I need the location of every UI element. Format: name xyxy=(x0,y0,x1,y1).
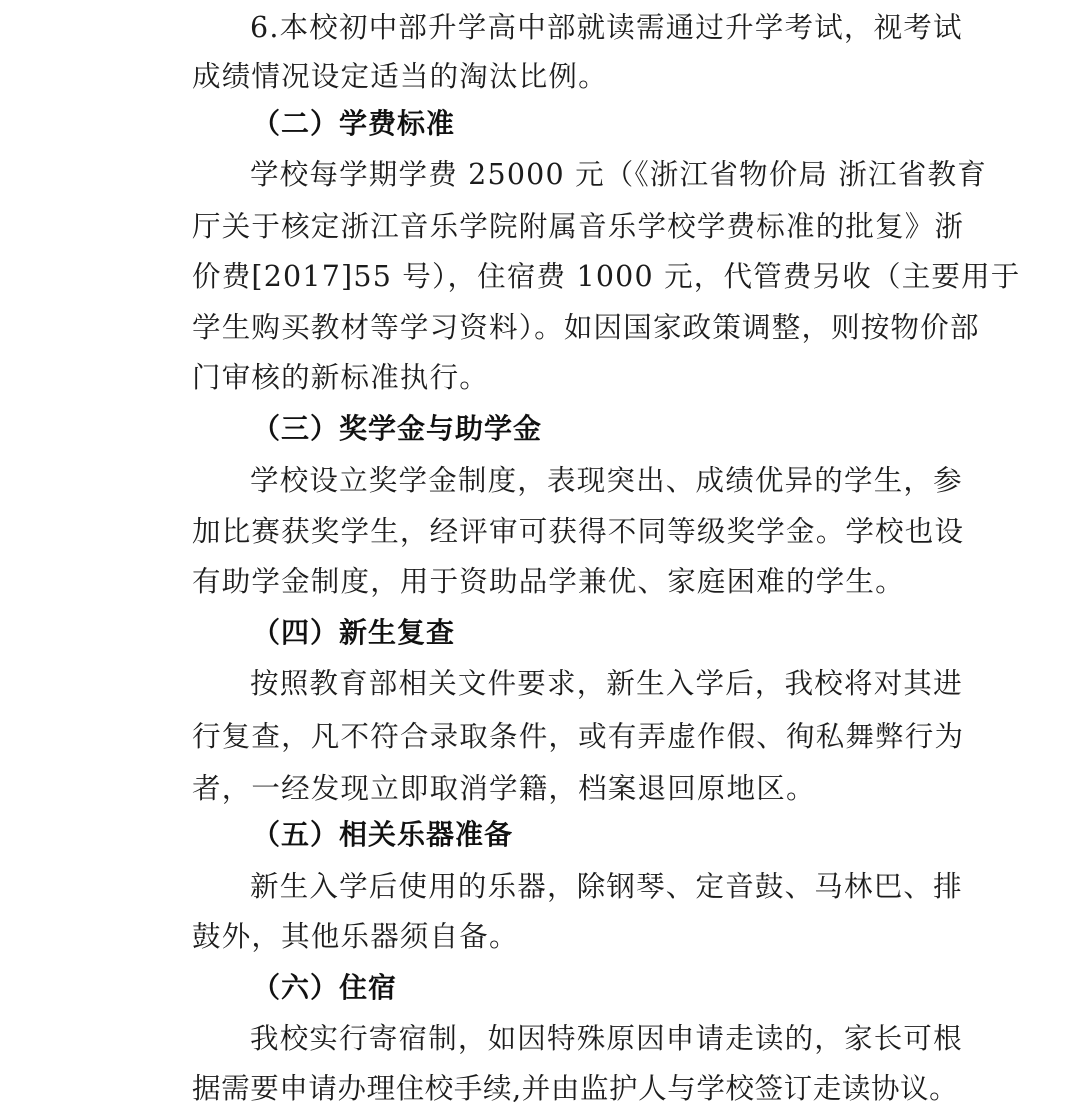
section-heading-tuition: （二）学费标准 xyxy=(252,104,455,144)
paragraph-line: 者，一经发现立即取消学籍，档案退回原地区。 xyxy=(192,769,952,809)
section-heading-reexamination: （四）新生复查 xyxy=(252,613,455,653)
paragraph-line: 成绩情况设定适当的淘汰比例。 xyxy=(192,57,952,97)
section-heading-instruments: （五）相关乐器准备 xyxy=(252,815,513,855)
section-heading-accommodation: （六）住宿 xyxy=(252,968,397,1008)
paragraph-line: 行复查，凡不符合录取条件，或有弄虚作假、徇私舞弊行为 xyxy=(192,717,952,757)
paragraph-line: 学校设立奖学金制度，表现突出、成绩优异的学生，参 xyxy=(250,461,950,501)
paragraph-line: 6.本校初中部升学高中部就读需通过升学考试，视考试 xyxy=(250,8,950,48)
paragraph-line: 新生入学后使用的乐器，除钢琴、定音鼓、马林巴、排 xyxy=(250,867,950,907)
section-heading-scholarships: （三）奖学金与助学金 xyxy=(252,409,542,449)
paragraph-line: 我校实行寄宿制，如因特殊原因申请走读的，家长可根 xyxy=(250,1019,950,1059)
paragraph-line: 按照教育部相关文件要求，新生入学后，我校将对其进 xyxy=(250,664,950,704)
paragraph-line: 门审核的新标准执行。 xyxy=(192,358,952,398)
paragraph-line: 学生购买教材等学习资料）。如因国家政策调整，则按物价部 xyxy=(192,308,952,348)
paragraph-line: 学校每学期学费 25000 元（《浙江省物价局 浙江省教育 xyxy=(250,155,950,195)
paragraph-line: 价费[2017]55 号），住宿费 1000 元，代管费另收（主要用于 xyxy=(192,257,952,297)
paragraph-line: 有助学金制度，用于资助品学兼优、家庭困难的学生。 xyxy=(192,562,952,602)
paragraph-line: 鼓外，其他乐器须自备。 xyxy=(192,917,952,957)
paragraph-line: 加比赛获奖学生，经评审可获得不同等级奖学金。学校也设 xyxy=(192,512,952,552)
document-page: 6.本校初中部升学高中部就读需通过升学考试，视考试 成绩情况设定适当的淘汰比例。… xyxy=(0,0,1080,1110)
paragraph-line: 据需要申请办理住校手续,并由监护人与学校签订走读协议。 xyxy=(192,1069,952,1109)
paragraph-line: 厅关于核定浙江音乐学院附属音乐学校学费标准的批复》浙 xyxy=(192,207,952,247)
